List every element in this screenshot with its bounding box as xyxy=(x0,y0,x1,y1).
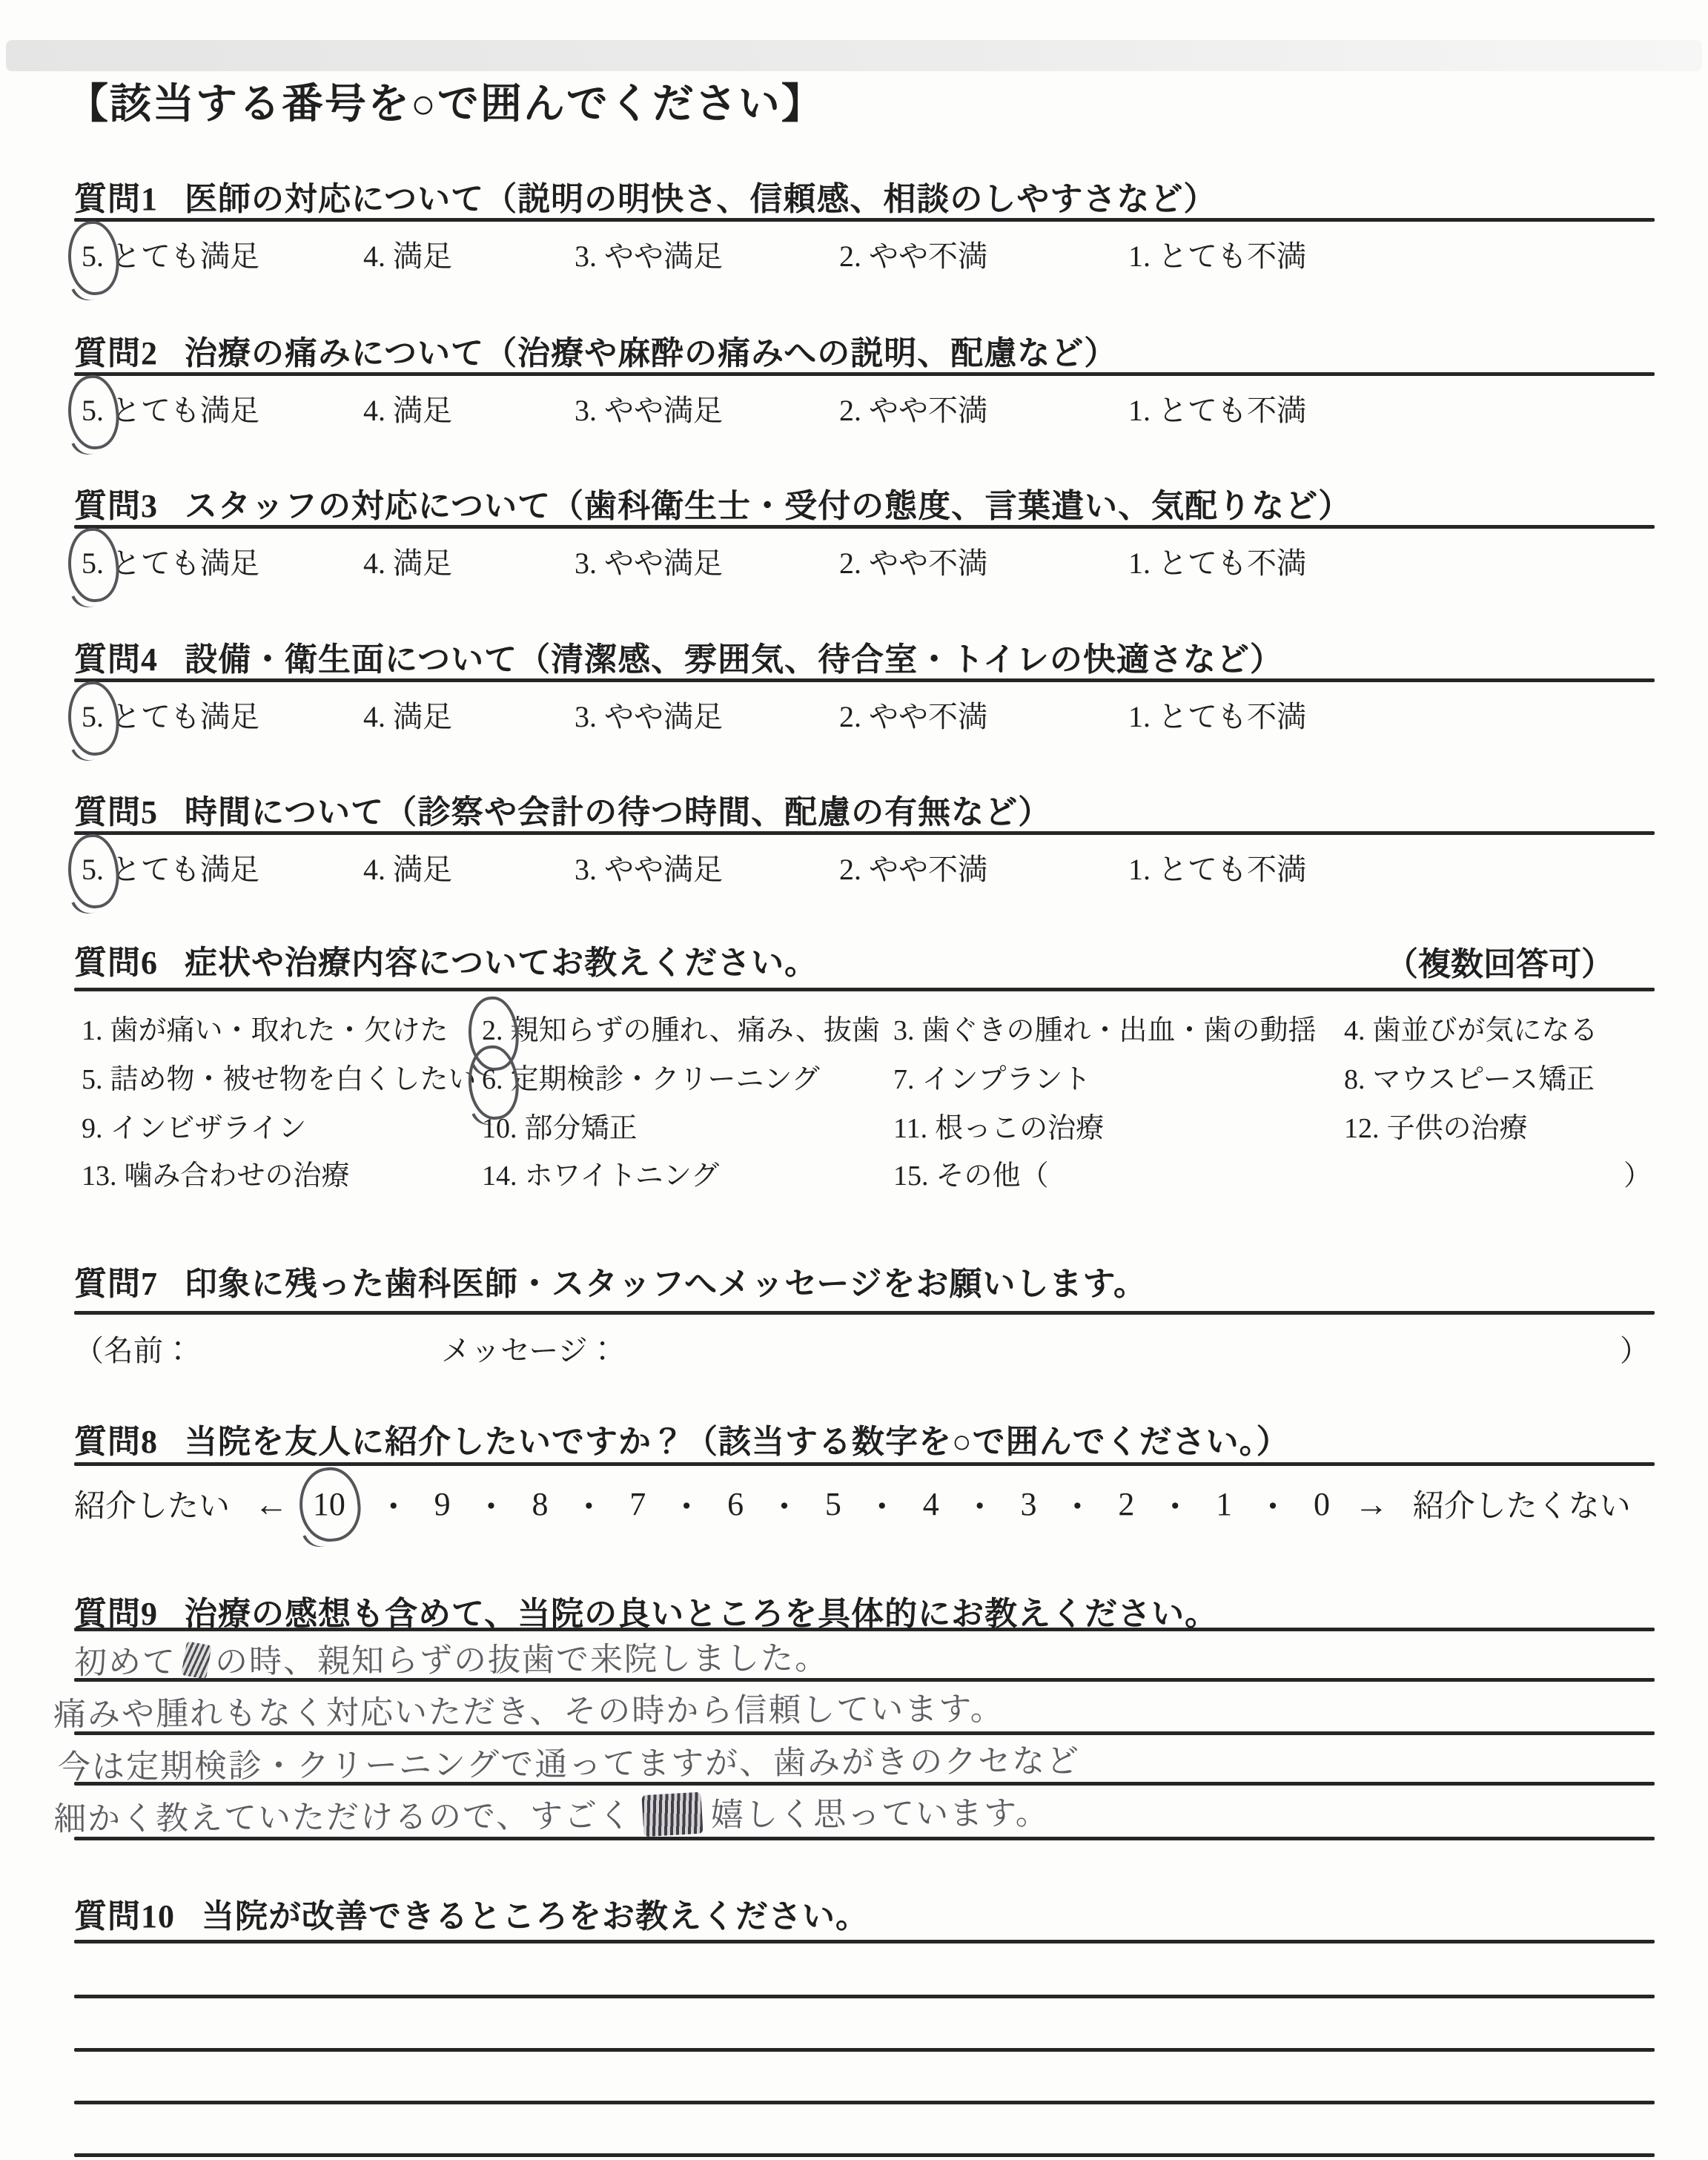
option-number: 3. xyxy=(575,239,597,274)
option-number: 2. xyxy=(839,699,861,734)
option-1: 1.とても不満 xyxy=(1128,233,1306,275)
scale-number-9: 9 xyxy=(434,1485,451,1523)
circled-answer-mark: 6. xyxy=(482,1063,503,1096)
question-3-options: 5.とても満足 4.満足 3.やや満足 2.やや不満 1.とても不満 xyxy=(74,540,1655,587)
question-10-text: 当院が改善できるところをお教えください。 xyxy=(202,1898,869,1935)
symptom-option-12: 12.子供の治療 xyxy=(1344,1105,1528,1146)
option-label: 定期検診・クリーニング xyxy=(511,1064,820,1095)
option-label: ホワイトニング xyxy=(525,1160,720,1192)
symptom-option-8: 8.マウスピース矯正 xyxy=(1344,1056,1595,1097)
symptom-option-11: 11.根っこの治療 xyxy=(893,1105,1104,1146)
option-label: やや不満 xyxy=(869,240,987,273)
option-5: 5.とても満足 xyxy=(82,233,259,275)
option-number: 2. xyxy=(839,393,861,428)
option-label: インプラント xyxy=(922,1064,1091,1095)
option-number: 1. xyxy=(1128,852,1151,887)
option-label: 満足 xyxy=(393,853,452,886)
question-4-options: 5.とても満足 4.満足 3.やや満足 2.やや不満 1.とても不満 xyxy=(74,693,1655,741)
option-number: 1. xyxy=(1128,546,1151,581)
option-number: 14. xyxy=(482,1160,517,1192)
scale-number-5: 5 xyxy=(825,1485,841,1523)
circled-answer-mark: 5. xyxy=(82,852,104,887)
option-label: とても満足 xyxy=(111,546,259,580)
symptom-option-4: 4.歯並びが気になる xyxy=(1344,1007,1598,1048)
writing-line xyxy=(74,2101,1655,2104)
handwriting-text: 初めて xyxy=(74,1643,176,1682)
option-label: インビザライン xyxy=(110,1113,307,1144)
option-number: 1. xyxy=(1128,239,1151,274)
option-number: 2. xyxy=(839,852,861,887)
option-label: 満足 xyxy=(393,394,452,427)
question-8-label: 質問8 xyxy=(74,1424,158,1460)
option-number: 1. xyxy=(82,1014,103,1047)
question-8-text: 当院を友人に紹介したいですか？（該当する数字を○で囲んでください。） xyxy=(185,1424,1290,1460)
option-number: 15. xyxy=(893,1160,929,1192)
option-label: 満足 xyxy=(393,546,452,580)
option-label: とても満足 xyxy=(111,394,259,427)
option-label: やや満足 xyxy=(604,700,723,733)
option-4: 4.満足 xyxy=(363,540,452,582)
option-5: 5.とても満足 xyxy=(82,387,259,429)
option-label: とても満足 xyxy=(111,700,259,733)
option-1: 1.とても不満 xyxy=(1128,540,1306,582)
scale-number-8: 8 xyxy=(532,1485,548,1523)
option-1: 1.とても不満 xyxy=(1128,846,1306,888)
option-number: 13. xyxy=(82,1160,117,1192)
question-9-label: 質問9 xyxy=(74,1596,158,1632)
circled-answer-mark: 5. xyxy=(82,239,104,274)
dot-separator: ・ xyxy=(1159,1480,1191,1527)
question-1-label: 質問1 xyxy=(74,181,158,217)
handwriting-text: の時、親知らずの抜歯で来院しました。 xyxy=(215,1639,829,1681)
handwritten-line-2: 痛みや腫れもなく対応いただき、その時から信頼しています。 xyxy=(53,1682,1004,1735)
handwriting-text: 痛みや腫れもなく対応いただき、その時から信頼しています。 xyxy=(53,1690,1004,1734)
dot-separator: ・ xyxy=(964,1480,996,1527)
option-number: 3. xyxy=(575,852,597,887)
option-3: 3.やや満足 xyxy=(575,540,723,582)
option-number: 3. xyxy=(893,1014,915,1047)
divider-rule xyxy=(74,678,1655,682)
ink-correction-scribble xyxy=(181,1641,211,1679)
option-label: 満足 xyxy=(393,240,452,273)
divider-rule xyxy=(74,218,1655,222)
option-label: 噛み合わせの治療 xyxy=(125,1160,350,1192)
option-2: 2.やや不満 xyxy=(839,540,987,582)
dot-separator: ・ xyxy=(572,1480,605,1527)
question-8-heading: 質問8当院を友人に紹介したいですか？（該当する数字を○で囲んでください。） xyxy=(74,1415,1290,1462)
question-5-label: 質問5 xyxy=(74,794,158,830)
divider-rule xyxy=(74,988,1655,991)
symptom-option-6: 6.定期検診・クリーニング xyxy=(482,1056,820,1097)
form-title: 【該当する番号を○で囲んでください】 xyxy=(67,71,824,131)
symptom-option-13: 13.噛み合わせの治療 xyxy=(82,1152,350,1193)
option-label: やや満足 xyxy=(604,853,723,886)
option-4: 4.満足 xyxy=(363,693,452,736)
option-1: 1.とても不満 xyxy=(1128,387,1306,429)
divider-rule xyxy=(74,372,1655,376)
handwritten-line-4: 細かく教えていただけるので、すごく嬉しく思っています。 xyxy=(53,1786,1050,1840)
scale-right-label: 紹介したくない xyxy=(1413,1482,1631,1526)
option-label: やや満足 xyxy=(604,240,723,273)
option-label: とても不満 xyxy=(1158,240,1306,273)
option-number: 8. xyxy=(1344,1063,1366,1096)
question-4-heading: 質問4設備・衛生面について（清潔感、雰囲気、待合室・トイレの快適さなど） xyxy=(74,633,1283,680)
question-9-text: 治療の感想も含めて、当院の良いところを具体的にお教えください。 xyxy=(185,1596,1218,1632)
question-2-label: 質問2 xyxy=(74,335,158,371)
circled-answer-mark: 5. xyxy=(82,699,104,734)
option-label: とても不満 xyxy=(1158,394,1306,427)
option-label: マウスピース矯正 xyxy=(1373,1064,1595,1095)
question-5-options: 5.とても満足 4.満足 3.やや満足 2.やや不満 1.とても不満 xyxy=(74,846,1655,894)
question-3-label: 質問3 xyxy=(74,488,158,524)
option-label: とても満足 xyxy=(111,853,259,886)
option-number: 4. xyxy=(363,852,385,887)
circled-answer-mark: 5. xyxy=(82,393,104,428)
question-2-text: 治療の痛みについて（治療や麻酔の痛みへの説明、配慮など） xyxy=(185,335,1117,371)
option-number: 4. xyxy=(363,239,385,274)
scale-number-7: 7 xyxy=(629,1485,646,1523)
option-label: やや満足 xyxy=(604,546,723,580)
option-label: 親知らずの腫れ、痛み、抜歯 xyxy=(511,1015,881,1046)
option-label: とても不満 xyxy=(1158,700,1306,733)
dot-separator: ・ xyxy=(1257,1480,1289,1527)
option-number: 4. xyxy=(363,546,385,581)
option-label: 歯ぐきの腫れ・出血・歯の動揺 xyxy=(922,1015,1317,1046)
option-4: 4.満足 xyxy=(363,233,452,275)
symptom-option-2: 2.親知らずの腫れ、痛み、抜歯 xyxy=(482,1007,880,1048)
question-2-options: 5.とても満足 4.満足 3.やや満足 2.やや不満 1.とても不満 xyxy=(74,387,1655,435)
option-label: 歯並びが気になる xyxy=(1373,1015,1598,1046)
option-3: 3.やや満足 xyxy=(575,846,723,888)
nps-scale-row: 紹介したい ← 10 ・ 9 ・ 8 ・ 7 ・ 6 ・ 5 ・ 4 ・ 3 ・… xyxy=(74,1480,1631,1527)
option-label: やや不満 xyxy=(869,700,987,733)
option-label: 部分矯正 xyxy=(525,1113,638,1144)
option-number: 3. xyxy=(575,393,597,428)
question-2-heading: 質問2治療の痛みについて（治療や麻酔の痛みへの説明、配慮など） xyxy=(74,326,1117,374)
option-label: やや不満 xyxy=(869,394,987,427)
scale-number-6: 6 xyxy=(727,1485,744,1523)
circled-answer-mark: 2. xyxy=(482,1014,503,1047)
divider-rule xyxy=(74,1462,1655,1466)
question-5-heading: 質問5時間について（診察や会計の待つ時間、配慮の有無など） xyxy=(74,785,1051,833)
left-arrow-icon: ← xyxy=(254,1484,288,1524)
option-number: 9. xyxy=(82,1112,103,1145)
dot-separator: ・ xyxy=(1061,1480,1093,1527)
other-close-paren: ） xyxy=(1623,1152,1652,1193)
writing-line xyxy=(74,1628,1655,1631)
option-label: 歯が痛い・取れた・欠けた xyxy=(110,1015,448,1046)
divider-rule xyxy=(74,831,1655,835)
dot-separator: ・ xyxy=(475,1480,508,1527)
handwriting-text: 細かく教えていただけるので、すごく xyxy=(53,1797,632,1838)
option-number: 4. xyxy=(1344,1014,1366,1047)
question-6-heading: 質問6症状や治療内容についてお教えください。 xyxy=(74,936,818,983)
writing-line xyxy=(74,1940,1655,1943)
option-label: 詰め物・被せ物を白くしたい xyxy=(110,1064,477,1095)
option-4: 4.満足 xyxy=(363,846,452,888)
question-7-label: 質問7 xyxy=(74,1266,158,1302)
option-number: 12. xyxy=(1344,1112,1380,1145)
handwritten-line-1: 初めての時、親知らずの抜歯で来院しました。 xyxy=(74,1631,829,1683)
option-2: 2.やや不満 xyxy=(839,233,987,275)
circled-answer-mark: 5. xyxy=(82,546,104,581)
scan-shadow-band xyxy=(6,40,1702,71)
option-number: 1. xyxy=(1128,699,1151,734)
dot-separator: ・ xyxy=(768,1480,801,1527)
option-number: 4. xyxy=(363,699,385,734)
option-3: 3.やや満足 xyxy=(575,233,723,275)
symptom-option-14: 14.ホワイトニング xyxy=(482,1152,719,1193)
question-10-heading: 質問10当院が改善できるところをお教えください。 xyxy=(74,1889,869,1937)
scale-number-2: 2 xyxy=(1118,1485,1134,1523)
option-label: やや不満 xyxy=(869,546,987,580)
scale-number-3: 3 xyxy=(1021,1485,1037,1523)
option-label: とても不満 xyxy=(1158,546,1306,580)
option-2: 2.やや不満 xyxy=(839,387,987,429)
scale-left-label: 紹介したい xyxy=(74,1482,230,1526)
option-5: 5.とても満足 xyxy=(82,693,259,736)
writing-line xyxy=(74,2153,1655,2157)
option-5: 5.とても満足 xyxy=(82,846,259,888)
symptom-option-7: 7.インプラント xyxy=(893,1056,1091,1097)
option-3: 3.やや満足 xyxy=(575,387,723,429)
option-number: 3. xyxy=(575,546,597,581)
question-6-text: 症状や治療内容についてお教えください。 xyxy=(185,945,818,981)
writing-line xyxy=(74,2048,1655,2052)
option-label: とても不満 xyxy=(1158,853,1306,886)
option-number: 11. xyxy=(893,1112,927,1145)
scale-number-0: 0 xyxy=(1314,1485,1330,1523)
question-7-text: 印象に残った歯科医師・スタッフへメッセージをお願いします。 xyxy=(185,1266,1147,1302)
option-label: 子供の治療 xyxy=(1387,1113,1528,1144)
option-label: 満足 xyxy=(393,700,452,733)
symptom-option-9: 9.インビザライン xyxy=(82,1105,306,1146)
scale-number-1: 1 xyxy=(1216,1485,1232,1523)
right-arrow-icon: → xyxy=(1354,1484,1388,1524)
option-label: やや満足 xyxy=(604,394,723,427)
divider-rule xyxy=(74,525,1655,529)
writing-line xyxy=(74,1995,1655,1998)
symptom-option-1: 1.歯が痛い・取れた・欠けた xyxy=(82,1007,448,1048)
question-4-label: 質問4 xyxy=(74,641,158,678)
question-10-label: 質問10 xyxy=(74,1898,175,1935)
dot-separator: ・ xyxy=(377,1480,410,1527)
handwriting-text: 嬉しく思っています。 xyxy=(711,1794,1050,1834)
option-number: 5. xyxy=(82,1063,103,1096)
question-1-text: 医師の対応について（説明の明快さ、信頼感、相談のしやすさなど） xyxy=(185,181,1217,217)
question-1-options: 5.とても満足 4.満足 3.やや満足 2.やや不満 1.とても不満 xyxy=(74,233,1655,280)
handwritten-line-3: 今は定期検診・クリーニングで通ってますが、歯みがきのクセなど xyxy=(58,1734,1080,1788)
message-field-label: メッセージ： xyxy=(441,1327,618,1370)
symptom-option-10: 10.部分矯正 xyxy=(482,1105,638,1146)
question-5-text: 時間について（診察や会計の待つ時間、配慮の有無など） xyxy=(185,794,1051,830)
option-1: 1.とても不満 xyxy=(1128,693,1306,736)
option-number: 10. xyxy=(482,1112,517,1145)
crossed-out-word-scribble xyxy=(642,1792,704,1837)
option-label: とても満足 xyxy=(111,240,259,273)
option-2: 2.やや不満 xyxy=(839,693,987,736)
dot-separator: ・ xyxy=(670,1480,703,1527)
option-number: 3. xyxy=(575,699,597,734)
dot-separator: ・ xyxy=(866,1480,898,1527)
option-4: 4.満足 xyxy=(363,387,452,429)
close-paren: ） xyxy=(1620,1327,1649,1370)
question-1-heading: 質問1医師の対応について（説明の明快さ、信頼感、相談のしやすさなど） xyxy=(74,172,1217,219)
symptom-option-3: 3.歯ぐきの腫れ・出血・歯の動揺 xyxy=(893,1007,1317,1048)
option-5: 5.とても満足 xyxy=(82,540,259,582)
option-3: 3.やや満足 xyxy=(575,693,723,736)
multi-answer-note: （複数回答可） xyxy=(1386,937,1614,985)
divider-rule xyxy=(74,1311,1655,1315)
option-number: 1. xyxy=(1128,393,1151,428)
symptom-option-5: 5.詰め物・被せ物を白くしたい xyxy=(82,1056,477,1097)
symptom-option-15: 15.その他（ xyxy=(893,1152,1049,1193)
question-4-text: 設備・衛生面について（清潔感、雰囲気、待合室・トイレの快適さなど） xyxy=(185,641,1283,678)
circled-answer-mark: 10 xyxy=(313,1485,345,1523)
question-3-heading: 質問3スタッフの対応について（歯科衛生士・受付の態度、言葉遣い、気配りなど） xyxy=(74,479,1351,526)
option-label: その他（ xyxy=(936,1160,1049,1192)
scale-number-4: 4 xyxy=(923,1485,939,1523)
name-field-label: （名前： xyxy=(74,1327,193,1370)
question-3-text: スタッフの対応について（歯科衛生士・受付の態度、言葉遣い、気配りなど） xyxy=(185,488,1351,524)
option-number: 2. xyxy=(839,239,861,274)
question-6-label: 質問6 xyxy=(74,945,158,981)
option-number: 2. xyxy=(839,546,861,581)
handwriting-text: 今は定期検診・クリーニングで通ってますが、歯みがきのクセなど xyxy=(58,1743,1080,1786)
scanned-survey-page: 【該当する番号を○で囲んでください】 質問1医師の対応について（説明の明快さ、信… xyxy=(0,0,1708,2160)
option-number: 4. xyxy=(363,393,385,428)
option-number: 7. xyxy=(893,1063,915,1096)
question-7-heading: 質問7印象に残った歯科医師・スタッフへメッセージをお願いします。 xyxy=(74,1257,1147,1304)
option-label: 根っこの治療 xyxy=(935,1113,1104,1144)
option-label: やや不満 xyxy=(869,853,987,886)
option-2: 2.やや不満 xyxy=(839,846,987,888)
